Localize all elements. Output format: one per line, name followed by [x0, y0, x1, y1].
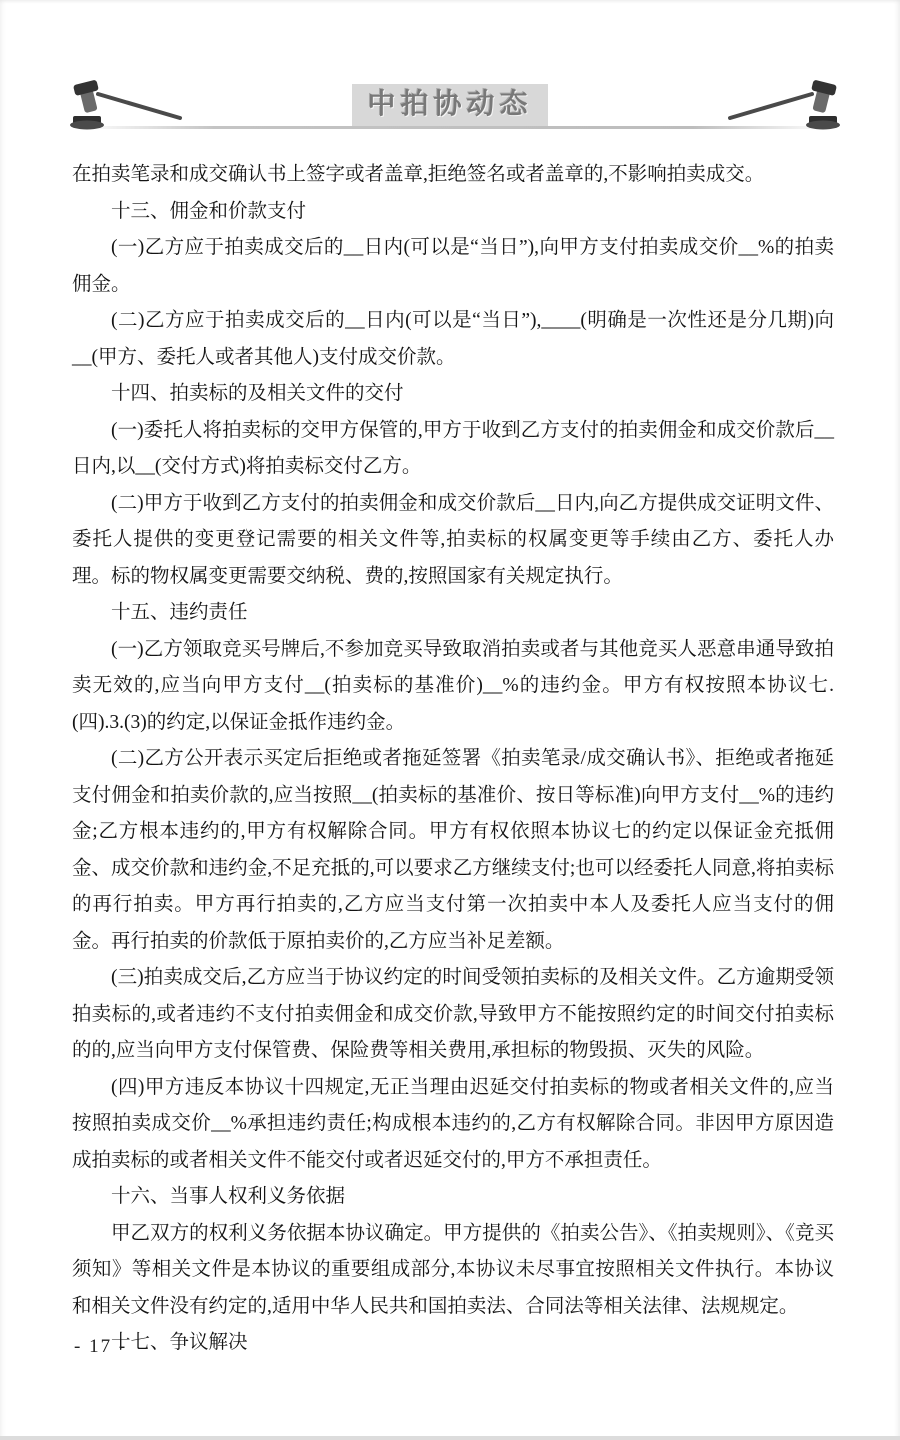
clause-14-2: (二)甲方于收到乙方支付的拍卖佣金和成交价款后__日内,向乙方提供成交证明文件、… — [72, 486, 834, 596]
section-heading-16: 十六、当事人权利义务依据 — [72, 1179, 834, 1216]
gavel-icon — [718, 78, 842, 130]
section-heading-14: 十四、拍卖标的及相关文件的交付 — [72, 376, 834, 413]
clause-15-2: (二)乙方公开表示买定后拒绝或者拖延签署《拍卖笔录/成交确认书》、拒绝或者拖延支… — [72, 741, 834, 960]
clause-15-3: (三)拍卖成交后,乙方应当于协议约定的时间受领拍卖标的及相关文件。乙方逾期受领拍… — [72, 960, 834, 1070]
header-divider-line — [80, 126, 828, 129]
clause-14-1: (一)委托人将拍卖标的交甲方保管的,甲方于收到乙方支付的拍卖佣金和成交价款后__… — [72, 413, 834, 486]
scanned-document-page: { "header": { "title": "中拍协动态", "left_ic… — [0, 0, 900, 1440]
clause-15-1: (一)乙方领取竞买号牌后,不参加竞买导致取消拍卖或者与其他竞买人恶意串通导致拍卖… — [72, 632, 834, 742]
section-heading-15: 十五、违约责任 — [72, 595, 834, 632]
clause-15-4: (四)甲方违反本协议十四规定,无正当理由迟延交付拍卖标的物或者相关文件的,应当按… — [72, 1070, 834, 1180]
page-header: 中拍协动态 — [0, 0, 900, 150]
clause-16-body: 甲乙双方的权利义务依据本协议确定。甲方提供的《拍卖公告》、《拍卖规则》、《竞买须… — [72, 1216, 834, 1326]
paragraph-continuation: 在拍卖笔录和成交确认书上签字或者盖章,拒绝签名或者盖章的,不影响拍卖成交。 — [72, 157, 834, 194]
page-number: - 17 - — [74, 1336, 127, 1358]
document-body: 在拍卖笔录和成交确认书上签字或者盖章,拒绝签名或者盖章的,不影响拍卖成交。 十三… — [72, 157, 834, 1362]
section-heading-17: 十七、争议解决 — [72, 1325, 834, 1362]
clause-13-2: (二)乙方应于拍卖成交后的__日内(可以是“当日”),____(明确是一次性还是… — [72, 303, 834, 376]
clause-13-1: (一)乙方应于拍卖成交后的__日内(可以是“当日”),向甲方支付拍卖成交价__%… — [72, 230, 834, 303]
page-title: 中拍协动态 — [352, 84, 548, 126]
section-heading-13: 十三、佣金和价款支付 — [72, 194, 834, 231]
gavel-icon — [68, 78, 192, 130]
